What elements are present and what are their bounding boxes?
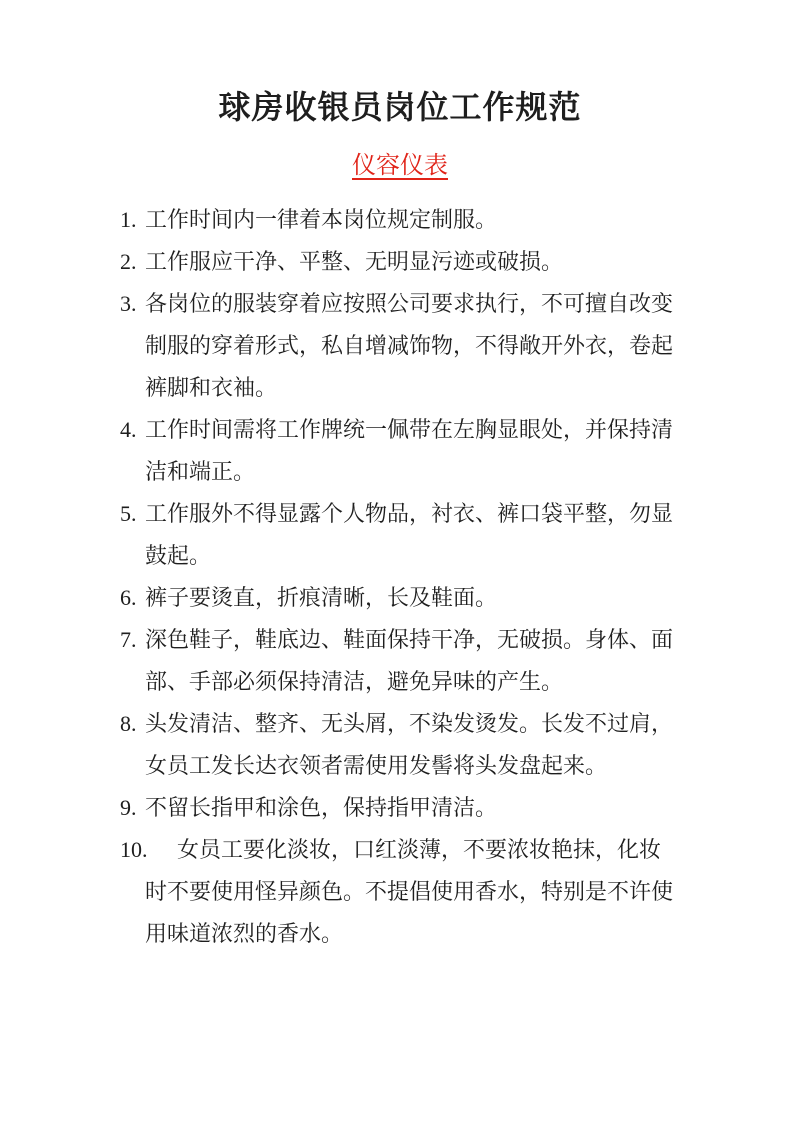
rule-item: 8.头发清洁、整齐、无头屑，不染发烫发。长发不过肩，女员工发长达衣领者需使用发髻… [120, 703, 680, 787]
rule-number: 9. [120, 787, 137, 829]
rule-number: 3. [120, 283, 137, 325]
document-page: 球房收银员岗位工作规范 仪容仪表 1.工作时间内一律着本岗位规定制服。2.工作服… [0, 0, 800, 1131]
document-title: 球房收银员岗位工作规范 [120, 88, 680, 126]
rule-text: 不留长指甲和涂色，保持指甲清洁。 [145, 795, 497, 820]
rule-item: 3.各岗位的服装穿着应按照公司要求执行，不可擅自改变制服的穿着形式，私自增减饰物… [120, 283, 680, 409]
rule-text: 工作时间内一律着本岗位规定制服。 [145, 207, 497, 232]
rule-text: 裤子要烫直，折痕清晰，长及鞋面。 [145, 585, 497, 610]
rule-text: 工作服应干净、平整、无明显污迹或破损。 [145, 249, 563, 274]
rule-number: 1. [120, 199, 137, 241]
rule-item: 6.裤子要烫直，折痕清晰，长及鞋面。 [120, 577, 680, 619]
rule-item: 1.工作时间内一律着本岗位规定制服。 [120, 199, 680, 241]
rule-item: 7.深色鞋子，鞋底边、鞋面保持干净，无破损。身体、面部、手部必须保持清洁，避免异… [120, 619, 680, 703]
rules-list: 1.工作时间内一律着本岗位规定制服。2.工作服应干净、平整、无明显污迹或破损。3… [120, 199, 680, 955]
rule-number: 10. [120, 829, 148, 871]
rule-item: 5.工作服外不得显露个人物品，衬衣、裤口袋平整，勿显鼓起。 [120, 493, 680, 577]
rule-item: 10.女员工要化淡妆，口红淡薄，不要浓妆艳抹，化妆时不要使用怪异颜色。不提倡使用… [120, 829, 680, 955]
section-heading-text: 仪容仪表 [352, 153, 448, 179]
rule-text: 工作服外不得显露个人物品，衬衣、裤口袋平整，勿显鼓起。 [145, 501, 673, 568]
rule-text: 女员工要化淡妆，口红淡薄，不要浓妆艳抹，化妆时不要使用怪异颜色。不提倡使用香水，… [145, 837, 673, 946]
rule-number: 4. [120, 409, 137, 451]
rule-text: 各岗位的服装穿着应按照公司要求执行，不可擅自改变制服的穿着形式，私自增减饰物，不… [145, 291, 673, 400]
rule-number: 8. [120, 703, 137, 745]
rule-number: 6. [120, 577, 137, 619]
section-heading: 仪容仪表 [120, 152, 680, 181]
rule-number: 7. [120, 619, 137, 661]
rule-text: 深色鞋子，鞋底边、鞋面保持干净，无破损。身体、面部、手部必须保持清洁，避免异味的… [145, 627, 673, 694]
rule-item: 9.不留长指甲和涂色，保持指甲清洁。 [120, 787, 680, 829]
rule-item: 2.工作服应干净、平整、无明显污迹或破损。 [120, 241, 680, 283]
rule-number: 5. [120, 493, 137, 535]
rule-text: 工作时间需将工作牌统一佩带在左胸显眼处，并保持清洁和端正。 [145, 417, 673, 484]
rule-item: 4.工作时间需将工作牌统一佩带在左胸显眼处，并保持清洁和端正。 [120, 409, 680, 493]
rule-text: 头发清洁、整齐、无头屑，不染发烫发。长发不过肩，女员工发长达衣领者需使用发髻将头… [145, 711, 673, 778]
rule-number: 2. [120, 241, 137, 283]
